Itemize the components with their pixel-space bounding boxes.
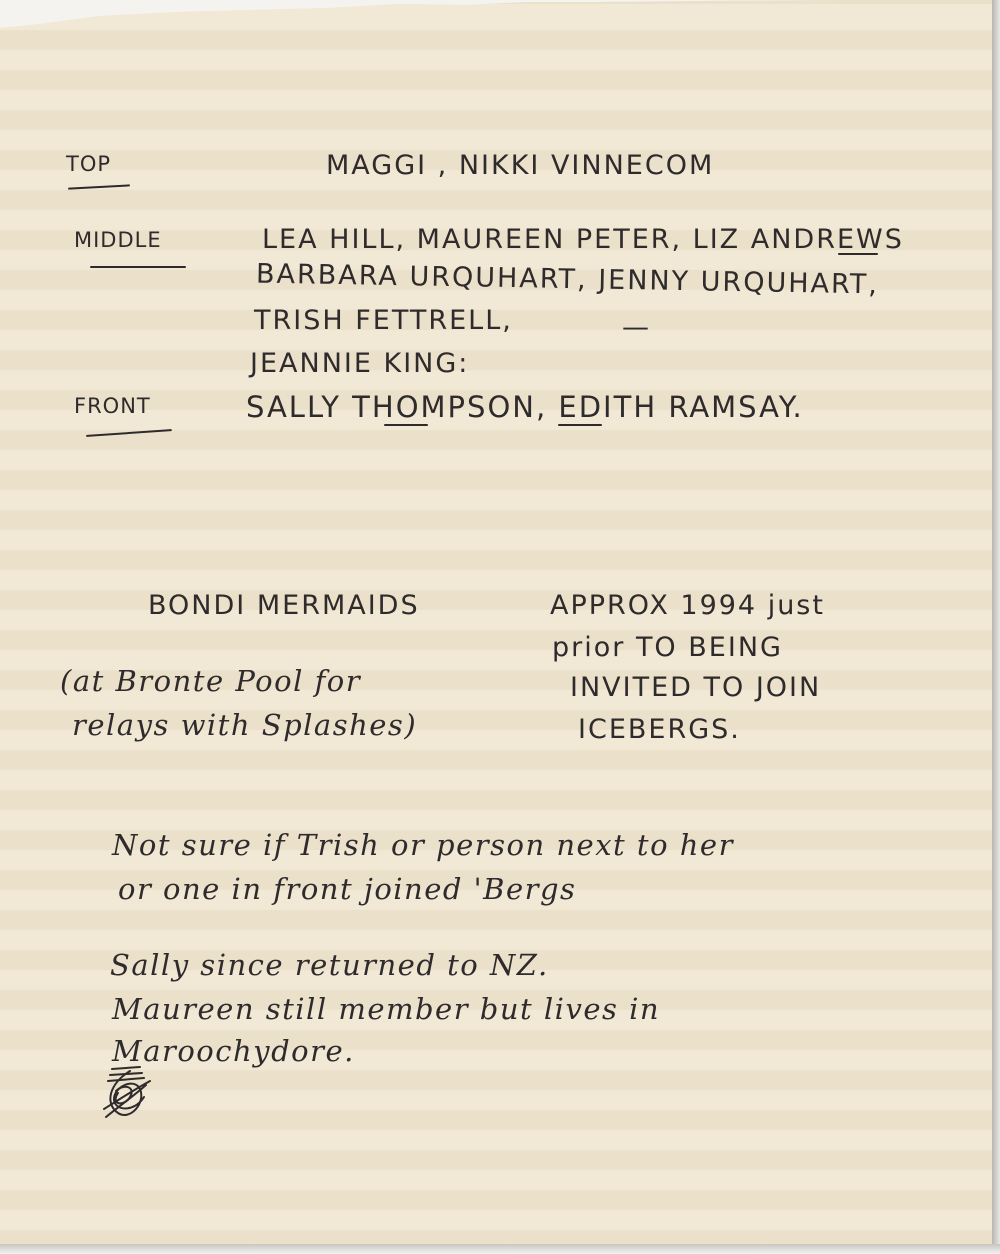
- middle-row-line1: LEA HILL, MAUREEN PETER, LIZ ANDREWS: [262, 224, 904, 255]
- note2-line2: Maureen still member but lives in: [112, 992, 660, 1026]
- note1-line2: or one in front joined 'Bergs: [118, 872, 576, 906]
- middle-row-line3: TRISH FETTRELL,: [254, 305, 513, 336]
- location-line1: (at Bronte Pool for: [60, 664, 361, 698]
- edith-underline: [558, 424, 602, 426]
- scribbled-initials-icon: [100, 1063, 160, 1123]
- label-front: FRONT: [74, 394, 151, 418]
- label-top-underline: [68, 184, 130, 189]
- handwritten-note-page: TOP MAGGI , NIKKI VINNECOM MIDDLE LEA HI…: [0, 0, 994, 1246]
- label-front-underline: [86, 429, 172, 437]
- location-line2: relays with Splashes): [72, 708, 417, 742]
- middle-row-line2: BARBARA URQUHART, JENNY URQUHART,: [256, 259, 879, 301]
- note2-line1: Sally since returned to NZ.: [110, 948, 549, 982]
- label-top: TOP: [66, 152, 111, 176]
- date-line2: prior TO BEING: [552, 632, 783, 663]
- page-right-edge: [992, 0, 1000, 1254]
- label-middle-underline: [90, 266, 186, 268]
- date-line4: ICEBERGS.: [578, 714, 741, 745]
- page-bottom-edge: [0, 1244, 1000, 1254]
- note1-line1: Not sure if Trish or person next to her: [112, 828, 734, 862]
- thompson-underline: [384, 424, 428, 426]
- group-name: BONDI MERMAIDS: [148, 590, 420, 621]
- label-middle: MIDDLE: [74, 228, 162, 252]
- middle-row-line4: JEANNIE KING:: [250, 348, 469, 379]
- middle-row-blank-dash: —: [622, 312, 651, 343]
- date-line1: APPROX 1994 just: [550, 590, 825, 621]
- date-line3: INVITED TO JOIN: [570, 672, 821, 703]
- andrews-underline: [838, 253, 878, 255]
- front-row-names: SALLY THOMPSON, EDITH RAMSAY.: [246, 390, 804, 424]
- top-row-names: MAGGI , NIKKI VINNECOM: [326, 150, 714, 181]
